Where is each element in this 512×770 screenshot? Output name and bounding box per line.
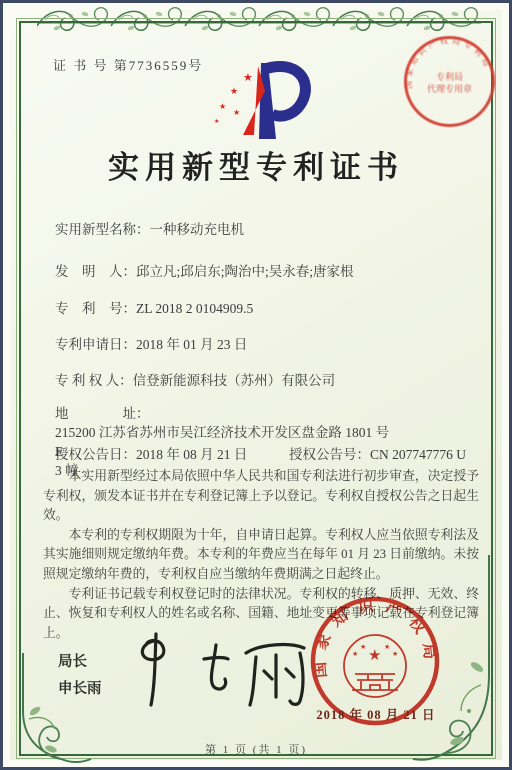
office-seal-ring-text: 国家知识产权局 xyxy=(309,596,440,678)
field-label: 地 址： xyxy=(55,406,150,421)
officer-name: 申长雨 xyxy=(58,676,102,703)
svg-text:★: ★ xyxy=(384,643,390,651)
legal-paragraph: 本专利的专利权期限为十年，自申请日起算。专利权人应当依照专利法及其实施细则规定缴… xyxy=(43,526,479,585)
signature-autograph xyxy=(118,629,313,709)
field-label: 实用新型名称： xyxy=(55,222,150,237)
svg-text:国家知识产权局: 国家知识产权局 xyxy=(309,596,440,678)
field-row-patent-number: 专 利 号：ZL 2018 2 0104909.5 xyxy=(55,299,485,318)
seal-date: 2018 年 08 月 21 日 xyxy=(303,705,449,723)
logo-star: ★ xyxy=(214,118,219,125)
certificate-number: 证 书 号 第7736559号 xyxy=(53,55,203,74)
field-value: 一种移动充电机 xyxy=(150,222,245,237)
field-value: 邱立凡;邱启东;陶治中;吴永春;唐家根 xyxy=(136,264,354,279)
svg-text:★: ★ xyxy=(368,648,381,664)
svg-text:★: ★ xyxy=(352,650,358,658)
svg-text:★: ★ xyxy=(392,650,398,658)
field-value: 2018 年 08 月 21 日 xyxy=(136,447,247,462)
field-row-invention-name: 实用新型名称：一种移动充电机 xyxy=(55,220,485,239)
field-label: 授权公告号： xyxy=(289,447,370,462)
logo-star: ★ xyxy=(233,108,240,117)
field-label: 授权公告日： xyxy=(55,447,136,462)
national-emblem-icon xyxy=(344,635,406,697)
patent-certificate-page: 证 书 号 第7736559号 ★ ★ ★ ★ ★ 国家知识产权局专利局 专利局… xyxy=(0,0,512,770)
svg-text:★: ★ xyxy=(360,643,366,651)
field-row-inventors: 发 明 人：邱立凡;邱启东;陶治中;吴永春;唐家根 xyxy=(55,262,485,281)
field-row-patentee: 专 利 权 人：信登新能源科技（苏州）有限公司 xyxy=(55,371,485,390)
field-value: ZL 2018 2 0104909.5 xyxy=(136,301,253,316)
logo-star: ★ xyxy=(219,102,226,111)
field-value: 2018 年 01 月 23 日 xyxy=(136,337,247,352)
grant-date-row: 授权公告日：2018 年 08 月 21 日 xyxy=(55,443,247,463)
agency-seal-center-line1: 专利局 xyxy=(436,71,463,82)
logo-star: ★ xyxy=(230,86,238,96)
field-value: 信登新能源科技（苏州）有限公司 xyxy=(133,373,336,388)
certificate-title: 实用新型专利证书 xyxy=(3,142,509,187)
legal-paragraph: 本实用新型经过本局依照中华人民共和国专利法进行初步审查，决定授予专利权，颁发本证… xyxy=(43,467,479,526)
agency-seal-center-line2: 代理专用章 xyxy=(427,83,472,94)
officer-title: 局长 xyxy=(58,649,102,676)
field-label: 专利申请日： xyxy=(55,337,136,352)
field-label: 专 利 号： xyxy=(55,301,136,316)
sipo-logo-icon: ★ ★ ★ ★ ★ xyxy=(199,59,319,143)
page-number: 第 1 页 (共 1 页) xyxy=(3,741,509,757)
field-row-filing-date: 专利申请日：2018 年 01 月 23 日 xyxy=(55,335,485,354)
grant-number-row: 授权公告号：CN 207747776 U xyxy=(289,443,466,463)
field-value: CN 207747776 U xyxy=(370,447,466,462)
logo-star: ★ xyxy=(243,72,253,84)
officer-block: 局长 申长雨 xyxy=(58,649,102,703)
emblem-stars: ★ ★ ★ ★ ★ xyxy=(352,643,398,664)
field-label: 专 利 权 人： xyxy=(55,373,133,388)
field-label: 发 明 人： xyxy=(55,264,136,279)
agency-seal: 国家知识产权局专利局 专利局 代理专用章 xyxy=(401,33,498,130)
